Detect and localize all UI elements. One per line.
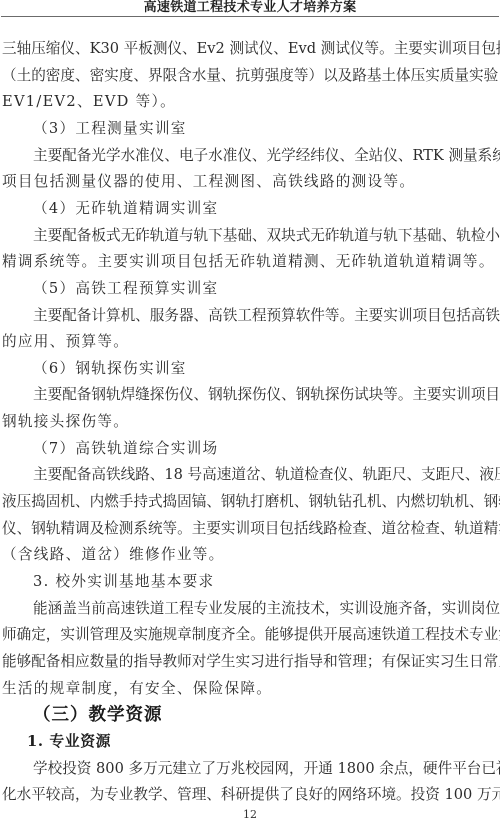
text-line: 项目包括测量仪器的使用、工程测图、高铁线路的测设等。 bbox=[2, 172, 497, 192]
section-heading: （5）高铁工程预算实训室 bbox=[33, 279, 218, 299]
section-heading: （7）高铁轨道综合实训场 bbox=[33, 439, 218, 459]
text-line: 主要配备钢轨焊缝探伤仪、钢轨探伤仪、钢轨探伤试块等。主要实训项目包括钢轨探伤、 bbox=[33, 385, 497, 405]
text-line: 精调系统等。主要实训项目包括无砟轨道精测、无砟轨道轨道精调等。 bbox=[2, 252, 497, 272]
text-line: 主要配备板式无砟轨道与轨下基础、双块式无砟轨道与轨下基础、轨检小车、无砟轨道 bbox=[33, 226, 497, 246]
text-line: 能涵盖当前高速铁道工程专业发展的主流技术，实训设施齐备，实训岗位、实训指导教 bbox=[33, 599, 497, 619]
page-number: 12 bbox=[0, 809, 500, 821]
text-line: （含线路、道岔）维修作业等。 bbox=[2, 545, 497, 565]
section-heading: 3. 校外实训基地基本要求 bbox=[33, 572, 214, 592]
text-line: 主要配备高铁线路、18 号高速道岔、轨道检查仪、轨距尺、支距尺、液压起拨道器、 bbox=[33, 465, 497, 485]
text-line: （土的密度、密实度、界限含水量、抗剪强度等）以及路基土体压实质量实验（相对密度、 bbox=[2, 66, 497, 86]
text-line: 能够配备相应数量的指导教师对学生实习进行指导和管理；有保证实习生日常工作、学习、 bbox=[2, 652, 497, 672]
text-line: 的应用、预算等。 bbox=[2, 332, 497, 352]
chapter-heading: （三）教学资源 bbox=[33, 705, 163, 725]
text-line: 师确定，实训管理及实施规章制度齐全。能够提供开展高速铁道工程技术专业实践教学活动… bbox=[2, 625, 497, 645]
text-line: EV1/EV2、EVD 等）。 bbox=[2, 92, 497, 112]
running-header: 高速铁道工程技术专业人才培养方案 bbox=[0, 1, 500, 15]
text-line: 钢轨接头探伤等。 bbox=[2, 412, 497, 432]
text-line: 学校投资 800 多万元建立了万兆校园网，开通 1800 余点，硬件平台已初具规… bbox=[33, 759, 497, 779]
section-heading: （6）钢轨探伤实训室 bbox=[33, 359, 187, 379]
text-line: 化水平较高，为专业教学、管理、科研提供了良好的网络环境。投资 100 万元购置精… bbox=[2, 785, 497, 805]
text-line: 生活的规章制度，有安全、保险保障。 bbox=[2, 679, 497, 699]
subsection-heading: 1. 专业资源 bbox=[27, 732, 111, 752]
header-rule bbox=[1, 16, 499, 17]
document-page: 高速铁道工程技术专业人才培养方案 三轴压缩仪、K30 平板测仪、Ev2 测试仪、… bbox=[0, 0, 500, 824]
text-line: 液压捣固机、内燃手持式捣固镐、钢轨打磨机、钢轨钻孔机、内燃切轨机、钢轨平直度测量 bbox=[2, 492, 497, 512]
text-line: 三轴压缩仪、K30 平板测仪、Ev2 测试仪、Evd 测试仪等。主要实训项目包括… bbox=[2, 39, 497, 59]
section-heading: （4）无砟轨道精调实训室 bbox=[33, 199, 218, 219]
text-line: 主要配备光学水准仪、电子水准仪、光学经纬仪、全站仪、RTK 测量系统等。主要实训 bbox=[33, 146, 497, 166]
section-heading: （3）工程测量实训室 bbox=[33, 119, 187, 139]
text-line: 主要配备计算机、服务器、高铁工程预算软件等。主要实训项目包括高铁工程造价软件 bbox=[33, 306, 497, 326]
text-line: 仪、钢轨精调及检测系统等。主要实训项目包括线路检查、道岔检查、轨道精测精调、轨道 bbox=[2, 519, 497, 539]
